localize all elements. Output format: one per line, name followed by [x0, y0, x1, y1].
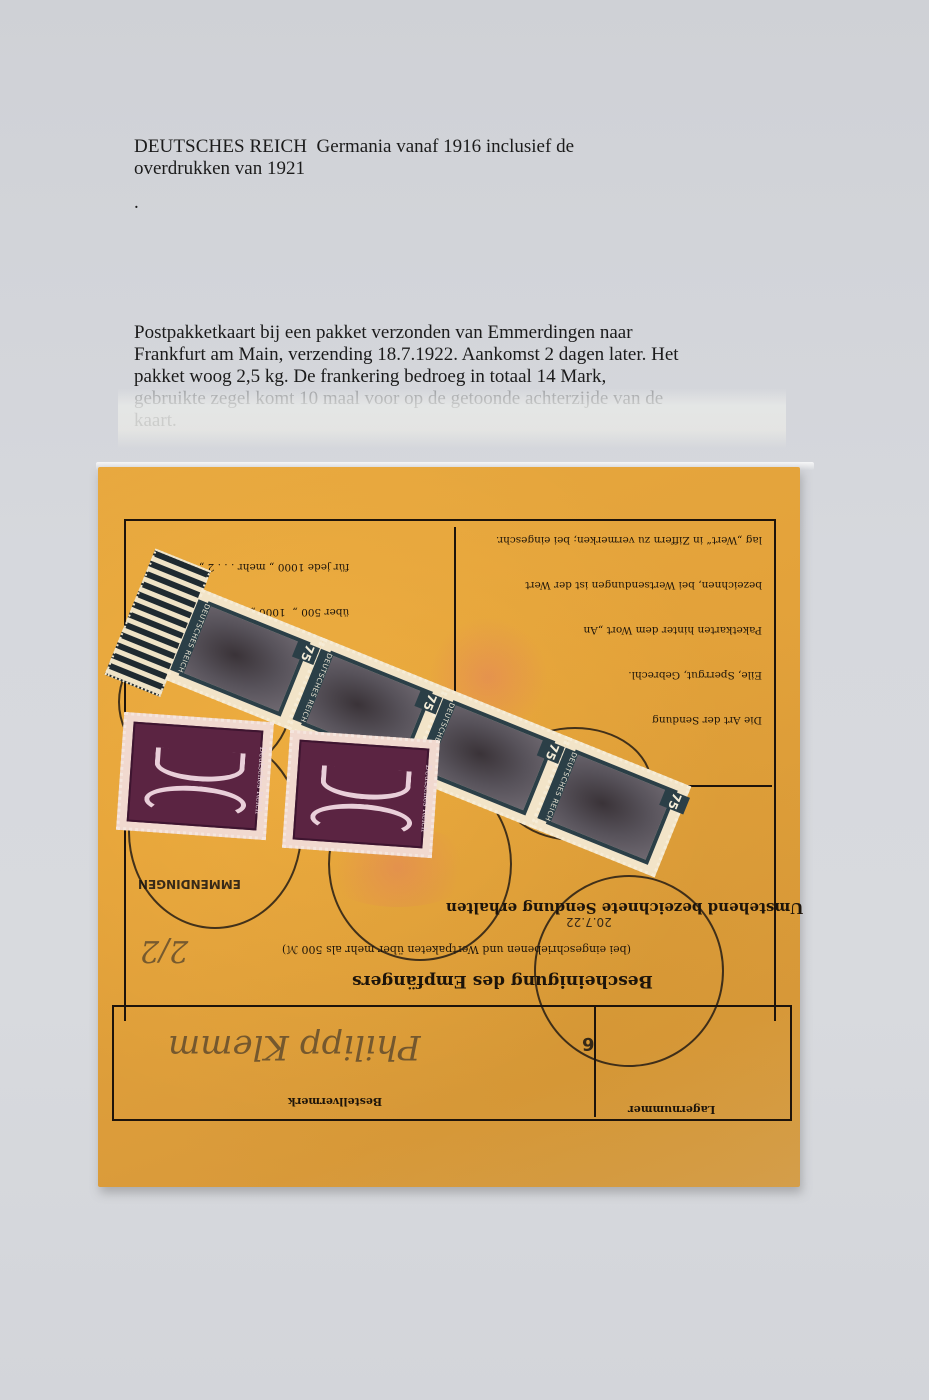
heading-line2: overdrukken van 1921: [134, 158, 694, 180]
field-label-bestellvermerk: Bestellvermerk: [288, 1095, 382, 1108]
description-line-faded: gebruikte zegel komt 10 maal voor op de …: [134, 388, 794, 410]
instruction-line: lag „Wert“ in Ziffern zu vermerken; bei …: [462, 532, 762, 547]
instruction-line: Eile, Sperrgut, Gebrechl.: [462, 667, 762, 682]
airmail-stamp: Deutsches Reich: [116, 712, 274, 840]
postmark-arrival-date: 20.7.22: [566, 915, 612, 929]
rate-row: für jede 1000 „ mehr . . . 2 „: [198, 559, 349, 574]
instruction-line: bezeichnen, bei Wertsendungen ist der We…: [462, 577, 762, 592]
handwritten-signature: Philipp Klemm: [168, 1027, 421, 1067]
bullet-dot: .: [134, 192, 139, 214]
handwritten-note: 2/2: [140, 933, 188, 968]
instruction-line: Paketkarten hinter dem Wort „An: [462, 622, 762, 637]
description-line: pakket woog 2,5 kg. De frankering bedroe…: [134, 366, 794, 388]
description-line: Postpakketkaart bij een pakket verzonden…: [134, 322, 794, 344]
parcel-card: bis 500 ℳ . . . . . . . . 1 ℳ über 500 „…: [98, 467, 800, 1187]
postmark-arrival: [534, 875, 724, 1067]
heading-subtitle: Germania vanaf 1916 inclusief de: [317, 136, 574, 157]
heading-country: DEUTSCHES REICH: [134, 136, 307, 157]
description: Postpakketkaart bij een pakket verzonden…: [134, 322, 794, 432]
description-line-faded: kaart.: [134, 410, 794, 432]
description-line: Frankfurt am Main, verzending 18.7.1922.…: [134, 344, 794, 366]
postmark-origin: EMMENDINGEN: [138, 877, 241, 891]
page-heading: DEUTSCHES REICH Germania vanaf 1916 incl…: [134, 136, 694, 180]
postmark-arrival-code: 6: [582, 1033, 595, 1054]
field-label-lagernummer: Lagernummer: [628, 1103, 715, 1116]
airmail-stamp: Deutsches Reich: [282, 730, 440, 858]
column-divider: [454, 527, 456, 717]
